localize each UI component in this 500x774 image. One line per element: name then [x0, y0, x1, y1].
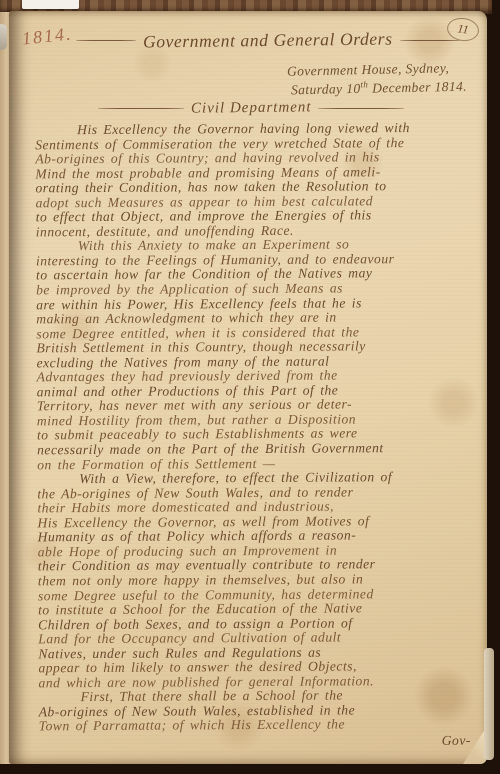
dateline-date: Saturday 10th December 1814. — [291, 77, 467, 98]
title-row: Government and General Orders — [69, 30, 467, 51]
dateline-place: Government House, Sydney, — [287, 60, 450, 79]
manuscript-page: 11 1814. Government and General Orders G… — [9, 11, 487, 764]
catchword: Gov- — [39, 733, 481, 751]
year-label: 1814. — [21, 23, 73, 49]
title-flourish-left — [76, 40, 136, 41]
book-clasp-highlight — [0, 24, 7, 50]
manuscript-line: Town of Parramatta; of which His Excelle… — [39, 717, 481, 734]
body-text: His Excellency the Governor having long … — [35, 121, 481, 751]
dateline-date-suffix: December 1814. — [368, 79, 467, 96]
section-flourish-left — [98, 108, 184, 109]
book-photo: { "document": { "year_label": "1814.", "… — [0, 0, 500, 774]
title-flourish-right — [400, 40, 460, 41]
section-flourish-right — [318, 108, 404, 109]
page-title: Government and General Orders — [143, 28, 393, 52]
section-heading: Civil Department — [191, 99, 312, 117]
bookmark-tab — [22, 0, 79, 9]
dateline-date-prefix: Saturday 10 — [291, 81, 361, 97]
underlying-pages-edge — [484, 648, 494, 760]
section-row: Civil Department — [91, 100, 411, 117]
